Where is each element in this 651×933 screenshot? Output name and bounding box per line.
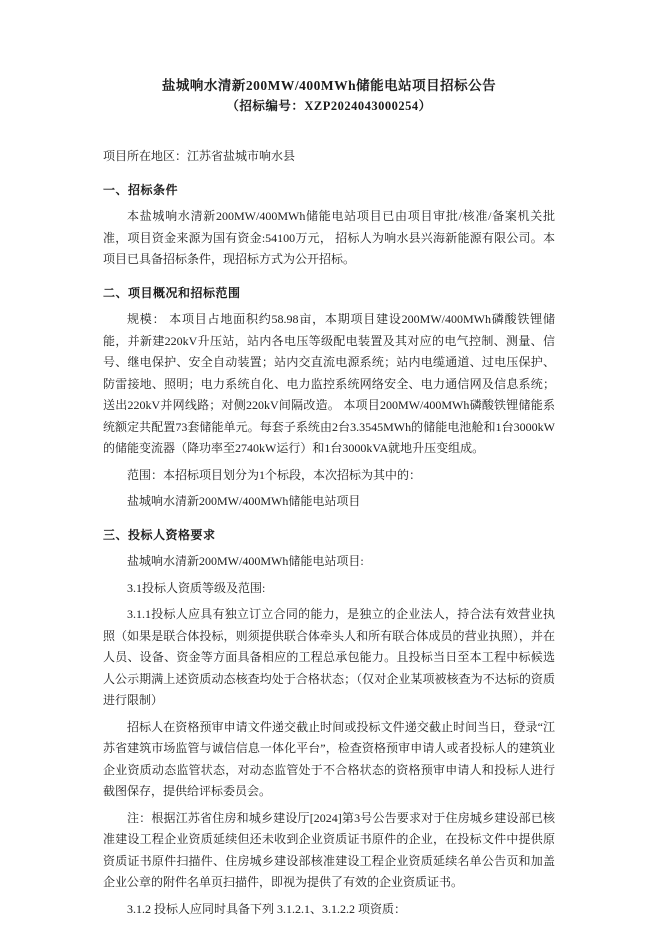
doc-subtitle-tender-number: （招标编号：XZP2024043000254） xyxy=(103,96,555,117)
doc-title: 盐城响水清新200MW/400MWh储能电站项目招标公告 xyxy=(103,75,555,96)
paragraph-qualification-project-name: 盐城响水清新200MW/400MWh储能电站项目: xyxy=(103,551,555,573)
document-page: 盐城响水清新200MW/400MWh储能电站项目招标公告 （招标编号：XZP20… xyxy=(0,0,651,933)
paragraph-bidding-scope: 范围：本招标项目划分为1个标段，本次招标为其中的： xyxy=(103,465,555,487)
section-heading-bidding-conditions: 一、招标条件 xyxy=(103,180,555,202)
paragraph-qualification-level-scope: 3.1投标人资质等级及范围: xyxy=(103,578,555,600)
paragraph-qualification-3-1-2: 3.1.2 投标人应同时具备下列 3.1.2.1、3.1.2.2 项资质： xyxy=(103,899,555,921)
paragraph-qualification-3-1-1: 3.1.1投标人应具有独立订立合同的能力，是独立的企业法人，持合法有效营业执照（… xyxy=(103,604,555,712)
paragraph-qualification-dynamic-check: 招标人在资格预审申请文件递交截止时间或投标文件递交截止时间当日，登录“江苏省建筑… xyxy=(103,717,555,803)
section-heading-bidder-qualifications: 三、投标人资格要求 xyxy=(103,525,555,547)
paragraph-bidding-conditions: 本盐城响水清新200MW/400MWh储能电站项目已由项目审批/核准/备案机关批… xyxy=(103,206,555,271)
paragraph-qualification-note: 注：根据江苏省住房和城乡建设厅[2024]第3号公告要求对于住房城乡建设部已核准… xyxy=(103,808,555,894)
paragraph-project-name: 盐城响水清新200MW/400MWh储能电站项目 xyxy=(103,491,555,513)
project-location-line: 项目所在地区：江苏省盐城市响水县 xyxy=(103,146,555,168)
paragraph-project-scale: 规模： 本项目占地面积约58.98亩，本期项目建设200MW/400MWh磷酸铁… xyxy=(103,309,555,460)
section-heading-project-overview: 二、项目概况和招标范围 xyxy=(103,283,555,305)
